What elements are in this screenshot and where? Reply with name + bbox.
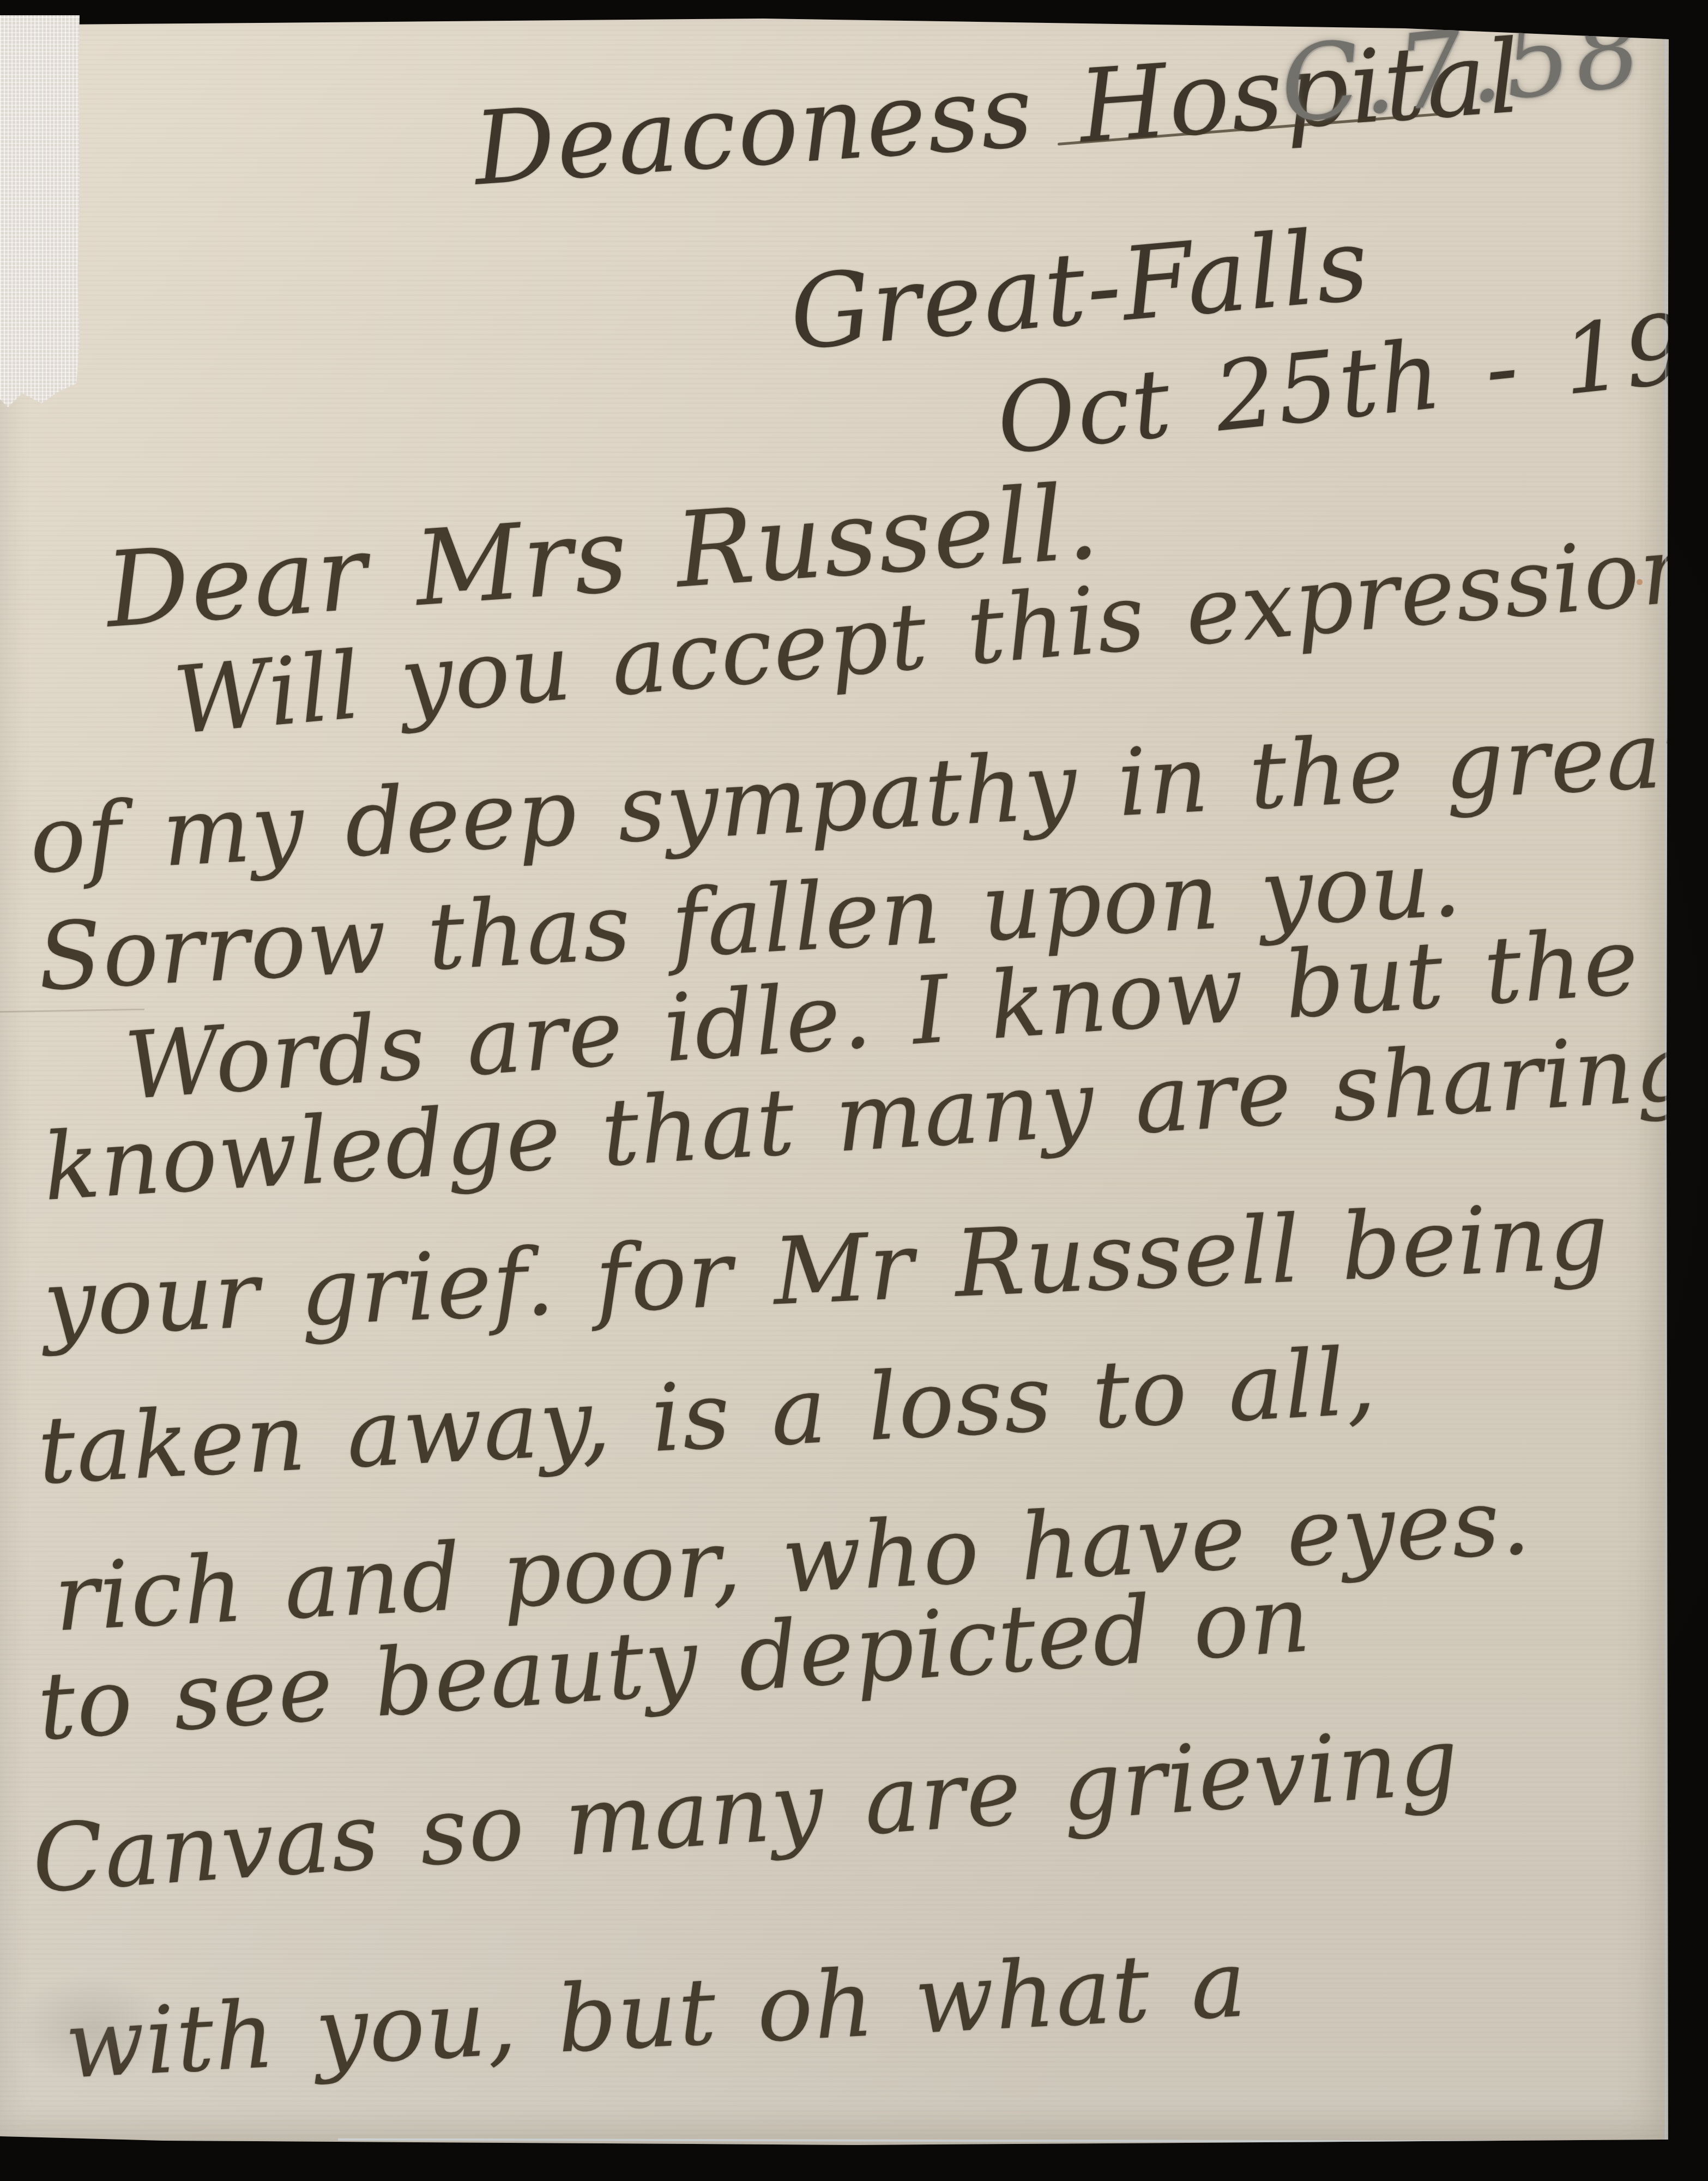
archive-mark-pencil: C.7.58: [1275, 0, 1650, 146]
paper-stain-speck: [1637, 579, 1643, 585]
body-line-7: taken away, is a loss to all,: [35, 1329, 1379, 1505]
body-line-6: your grief. for Mr Russell being: [41, 1183, 1612, 1358]
paper-edge-bottom: [338, 2138, 1667, 2143]
letter-page: Deaconess Hospital Great-Falls Oct 25th …: [0, 0, 1669, 2146]
paper-edge-right: [1665, 38, 1667, 2141]
linen-binding-tape: [0, 15, 80, 411]
scan-background: Deaconess Hospital Great-Falls Oct 25th …: [0, 0, 1708, 2181]
body-line-11: with you, but oh what a: [63, 1931, 1250, 2100]
ink-smudge: [11, 1974, 174, 2083]
